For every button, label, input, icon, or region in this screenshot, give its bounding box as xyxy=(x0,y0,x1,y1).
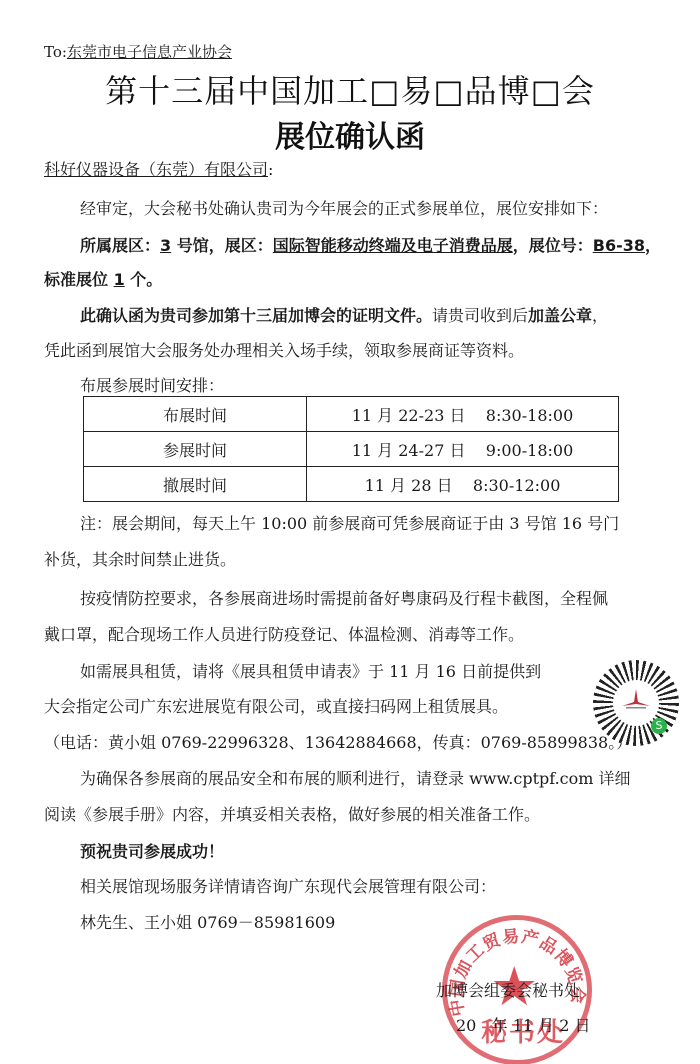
addressee-company: 科好仪器设备（东莞）有限公司 xyxy=(44,160,268,179)
schedule-time: 11 月 28 日 8:30-12:00 xyxy=(307,467,619,502)
proof-line2: 凭此函到展馆大会服务处办理相关入场手续，领取参展商证等资料。 xyxy=(44,341,524,361)
standard-booth-label: 标准展位 xyxy=(44,270,114,289)
note-line2: 补货，其余时间禁止进货。 xyxy=(44,550,236,570)
hall-label: 所属展区： xyxy=(80,236,160,255)
proof-statement: 此确认函为贵司参加第十三届加博会的证明文件。 xyxy=(80,306,432,325)
contact-line1: 相关展馆现场服务详情请咨询广东现代会展管理有限公司： xyxy=(80,877,496,897)
schedule-time: 11 月 24-27 日 9:00-18:00 xyxy=(307,432,619,467)
expo-logo-icon xyxy=(621,688,651,710)
to-organization: 东莞市电子信息产业协会 xyxy=(67,43,232,61)
note-line1: 注：展会期间，每天上午 10:00 前参展商可凭参展商证于由 3 号馆 16 号… xyxy=(80,514,619,534)
proof-line1: 此确认函为贵司参加第十三届加博会的证明文件。请贵司收到后加盖公章， xyxy=(80,306,608,326)
success-wish: 预祝贵司参展成功！ xyxy=(80,842,224,862)
table-row: 参展时间 11 月 24-27 日 9:00-18:00 xyxy=(84,432,619,467)
booth-info-line1: 所属展区：3 号馆，展区：国际智能移动终端及电子消费品展，展位号：B6-38， xyxy=(80,236,661,256)
document-subtitle: 展位确认函 xyxy=(0,112,700,156)
booth-count-unit: 个。 xyxy=(125,270,163,289)
table-row: 撤展时间 11 月 28 日 8:30-12:00 xyxy=(84,467,619,502)
addressee: 科好仪器设备（东莞）有限公司: xyxy=(44,160,273,180)
website-line1: 为确保各参展商的展品安全和布展的顺利进行，请登录 www.cptpf.com 详… xyxy=(80,769,631,789)
proof-comma: ， xyxy=(592,306,608,325)
schedule-table: 布展时间 11 月 22-23 日 8:30-18:00 参展时间 11 月 2… xyxy=(83,396,619,502)
schedule-name: 参展时间 xyxy=(84,432,307,467)
rental-line1: 如需展具租赁，请将《展具租赁申请表》于 11 月 16 日前提供到 xyxy=(80,662,541,682)
document-title: 第十三届中国加工□易□品博□会 xyxy=(0,66,700,112)
mini-program-icon: S xyxy=(651,718,667,734)
signature-date: 20 年 11 月 2 日 xyxy=(456,1013,591,1036)
mini-program-qr-code[interactable]: S xyxy=(593,660,679,746)
zone-name: 国际智能移动终端及电子消费品展 xyxy=(273,236,513,255)
booth-count: 1 xyxy=(114,270,125,289)
schedule-time: 11 月 22-23 日 8:30-18:00 xyxy=(307,397,619,432)
booth-label: ，展位号： xyxy=(513,236,593,255)
intro-paragraph: 经审定，大会秘书处确认贵司为今年展会的正式参展单位，展位安排如下： xyxy=(80,199,608,219)
schedule-label: 布展参展时间安排： xyxy=(80,376,224,396)
schedule-name: 布展时间 xyxy=(84,397,307,432)
zone-label: 号馆，展区： xyxy=(171,236,273,255)
table-row: 布展时间 11 月 22-23 日 8:30-18:00 xyxy=(84,397,619,432)
hall-number: 3 xyxy=(160,236,171,255)
addressee-colon: : xyxy=(268,160,273,179)
booth-number: B6-38 xyxy=(593,236,645,255)
covid-line2: 戴口罩，配合现场工作人员进行防疫登记、体温检测、消毒等工作。 xyxy=(44,625,524,645)
recipient-header: To:东莞市电子信息产业协会 xyxy=(44,41,232,62)
proof-instruction: 请贵司收到后 xyxy=(432,306,528,325)
stamp-requirement: 加盖公章 xyxy=(528,306,592,325)
booth-info-line2: 标准展位 1 个。 xyxy=(44,270,162,290)
rental-line2: 大会指定公司广东宏进展览有限公司，或直接扫码网上租赁展具。 xyxy=(44,697,508,717)
contact-line2: 林先生、王小姐 0769－85981609 xyxy=(80,913,335,933)
to-prefix: To: xyxy=(44,43,67,61)
signature-org: 加博会组委会秘书处 xyxy=(436,978,580,1001)
booth-comma: ， xyxy=(645,236,661,255)
rental-contact: （电话：黄小姐 0769-22996328、13642884668，传真：076… xyxy=(44,733,632,753)
schedule-name: 撤展时间 xyxy=(84,467,307,502)
covid-line1: 按疫情防控要求，各参展商进场时需提前备好粤康码及行程卡截图，全程佩 xyxy=(80,589,608,609)
website-line2: 阅读《参展手册》内容，并填妥相关表格，做好参展的相关准备工作。 xyxy=(44,805,540,825)
